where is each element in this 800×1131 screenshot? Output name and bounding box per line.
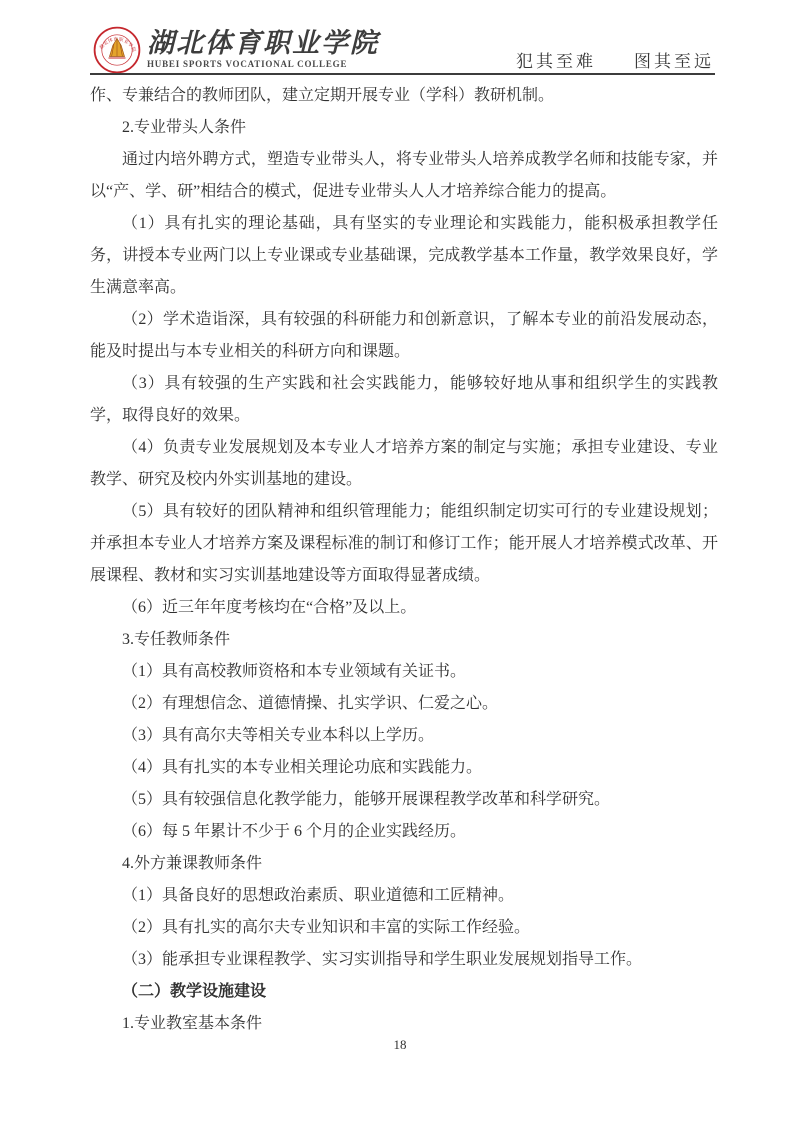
school-name-english: HUBEI SPORTS VOCATIONAL COLLEGE	[147, 59, 379, 69]
motto-left: 犯其至难	[516, 52, 596, 71]
school-seal-logo: 湖北体育职业学院	[93, 26, 141, 74]
paragraph: （6）每 5 年累计不少于 6 个月的企业实践经历。	[90, 816, 718, 848]
paragraph: （5）具有较好的团队精神和组织管理能力；能组织制定切实可行的专业建设规划；并承担…	[90, 496, 718, 592]
paragraph: 通过内培外聘方式，塑造专业带头人，将专业带头人培养成教学名师和技能专家，并以“产…	[90, 144, 718, 208]
document-page: 湖北体育职业学院 湖北体育职业学院 HUBEI SPORTS VOCATIONA…	[0, 0, 800, 1131]
page-number: 18	[0, 1037, 800, 1053]
paragraph: 2.专业带头人条件	[90, 112, 718, 144]
paragraph: （3）能承担专业课程教学、实习实训指导和学生职业发展规划指导工作。	[90, 944, 718, 976]
school-motto: 犯其至难图其至远	[516, 47, 714, 72]
paragraph: （4）负责专业发展规划及本专业人才培养方案的制定与实施；承担专业建设、专业教学、…	[90, 432, 718, 496]
paragraph: 1.专业教室基本条件	[90, 1008, 718, 1040]
paragraph: 作、专兼结合的教师团队，建立定期开展专业（学科）教研机制。	[90, 80, 718, 112]
paragraph: （2）具有扎实的高尔夫专业知识和丰富的实际工作经验。	[90, 912, 718, 944]
paragraph: （1）具有高校教师资格和本专业领域有关证书。	[90, 656, 718, 688]
header-divider-line	[90, 73, 715, 75]
paragraph: （2）有理想信念、道德情操、扎实学识、仁爱之心。	[90, 688, 718, 720]
letterhead: 湖北体育职业学院 HUBEI SPORTS VOCATIONAL COLLEGE	[147, 28, 379, 69]
paragraph: 4.外方兼课教师条件	[90, 848, 718, 880]
paragraph: （4）具有扎实的本专业相关理论功底和实践能力。	[90, 752, 718, 784]
motto-right: 图其至远	[634, 52, 714, 71]
paragraph: （1）具有扎实的理论基础，具有坚实的专业理论和实践能力，能积极承担教学任务，讲授…	[90, 208, 718, 304]
school-name-chinese: 湖北体育职业学院	[147, 28, 379, 58]
paragraph: （1）具备良好的思想政治素质、职业道德和工匠精神。	[90, 880, 718, 912]
paragraph: （2）学术造诣深，具有较强的科研能力和创新意识，了解本专业的前沿发展动态，能及时…	[90, 304, 718, 368]
paragraph: （5）具有较强信息化教学能力，能够开展课程教学改革和科学研究。	[90, 784, 718, 816]
paragraph: （6）近三年年度考核均在“合格”及以上。	[90, 592, 718, 624]
paragraph: （3）具有高尔夫等相关专业本科以上学历。	[90, 720, 718, 752]
document-body: 作、专兼结合的教师团队，建立定期开展专业（学科）教研机制。2.专业带头人条件通过…	[90, 80, 718, 1040]
paragraph: （二）教学设施建设	[90, 976, 718, 1008]
paragraph: （3）具有较强的生产实践和社会实践能力，能够较好地从事和组织学生的实践教学，取得…	[90, 368, 718, 432]
paragraph: 3.专任教师条件	[90, 624, 718, 656]
